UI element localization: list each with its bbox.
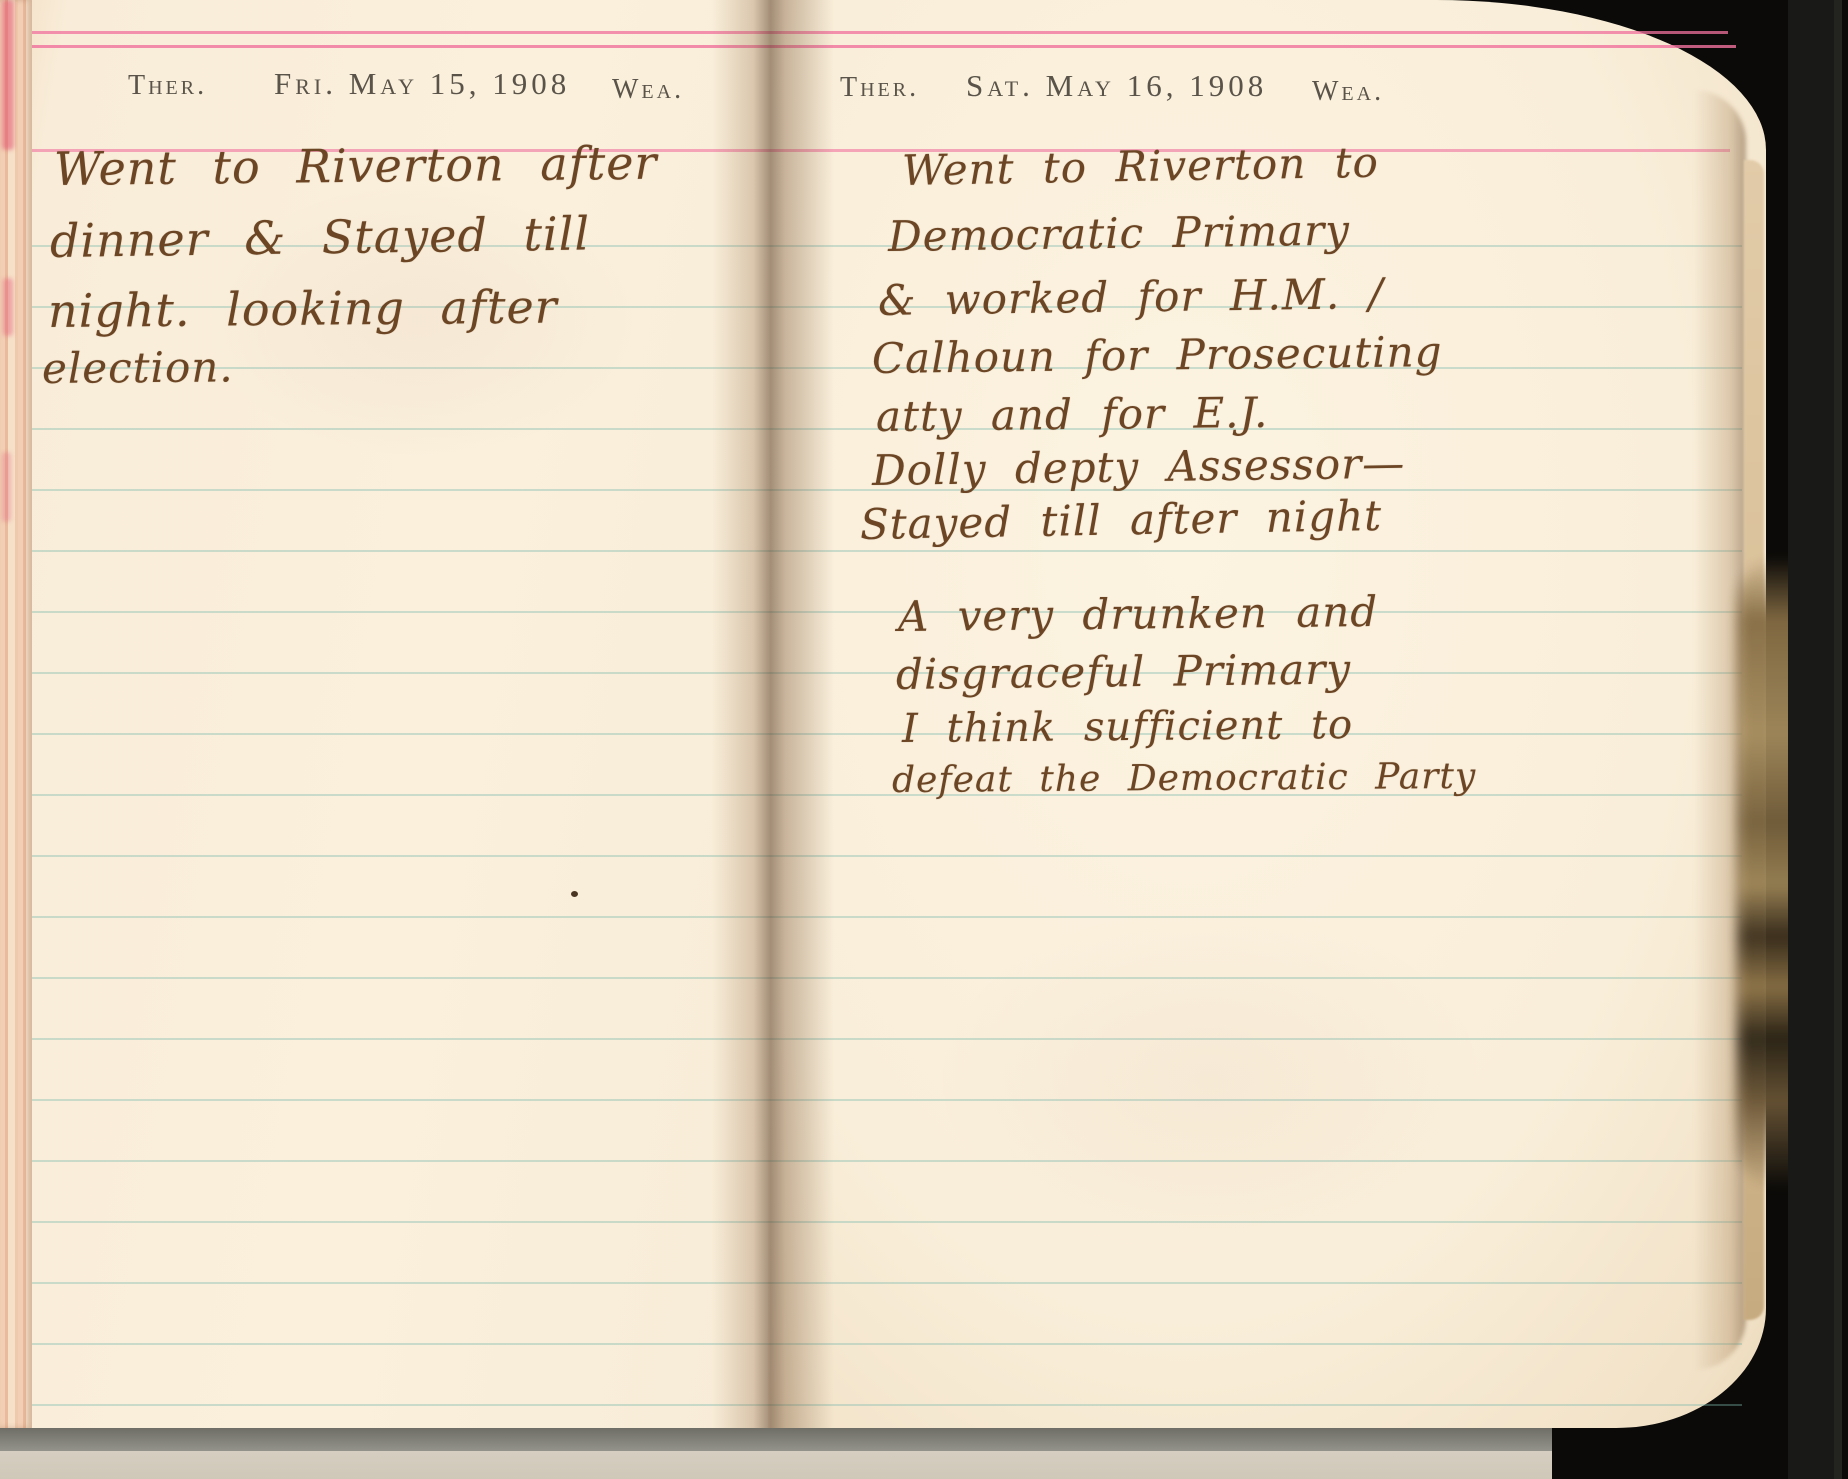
handwriting-line: Went to Riverton after: [54, 136, 658, 196]
handwriting-line: atty and for E.J.: [876, 388, 1269, 441]
left-page-edge-stack: [0, 0, 32, 1428]
page-edge-red-mark: [2, 452, 11, 522]
handwriting-line: dinner & Stayed till: [50, 206, 591, 268]
date-label-right: Sat. May 16, 1908: [966, 68, 1267, 104]
handwriting-line: Calhoun for Prosecuting: [872, 327, 1443, 383]
book-clasp-blur: [1738, 556, 1824, 1190]
handwriting-line: night. looking after: [48, 280, 558, 338]
page-edge-red-mark: [2, 0, 14, 150]
table-edge: [0, 1428, 1552, 1451]
ink-dot: [571, 891, 578, 897]
handwriting-line: defeat the Democratic Party: [892, 756, 1477, 801]
wea-label-left: Wea.: [612, 74, 684, 106]
table-surface: [0, 1451, 1552, 1479]
date-label-left: Fri. May 15, 1908: [274, 66, 570, 102]
handwriting-line: I think sufficient to: [902, 702, 1354, 752]
ther-label-right: Ther.: [840, 72, 919, 104]
handwriting-line: Went to Riverton to: [902, 138, 1380, 195]
handwriting-line: Stayed till after night: [860, 491, 1383, 549]
handwriting-line: & worked for H.M. /: [878, 269, 1384, 325]
diary-scan: Ther. Fri. May 15, 1908 Wea. Ther. Sat. …: [0, 0, 1848, 1479]
handwriting-line: disgraceful Primary: [896, 644, 1352, 699]
handwriting-line: Democratic Primary: [888, 206, 1351, 261]
handwriting-line: Dolly depty Assessor—: [872, 439, 1406, 495]
handwriting-line: A very drunken and: [898, 587, 1379, 641]
handwriting-line: election.: [42, 342, 234, 393]
background-band-2: [1834, 0, 1842, 1479]
ther-label-left: Ther.: [128, 70, 207, 102]
wea-label-right: Wea.: [1312, 76, 1384, 108]
page-edge-red-mark: [3, 278, 13, 336]
